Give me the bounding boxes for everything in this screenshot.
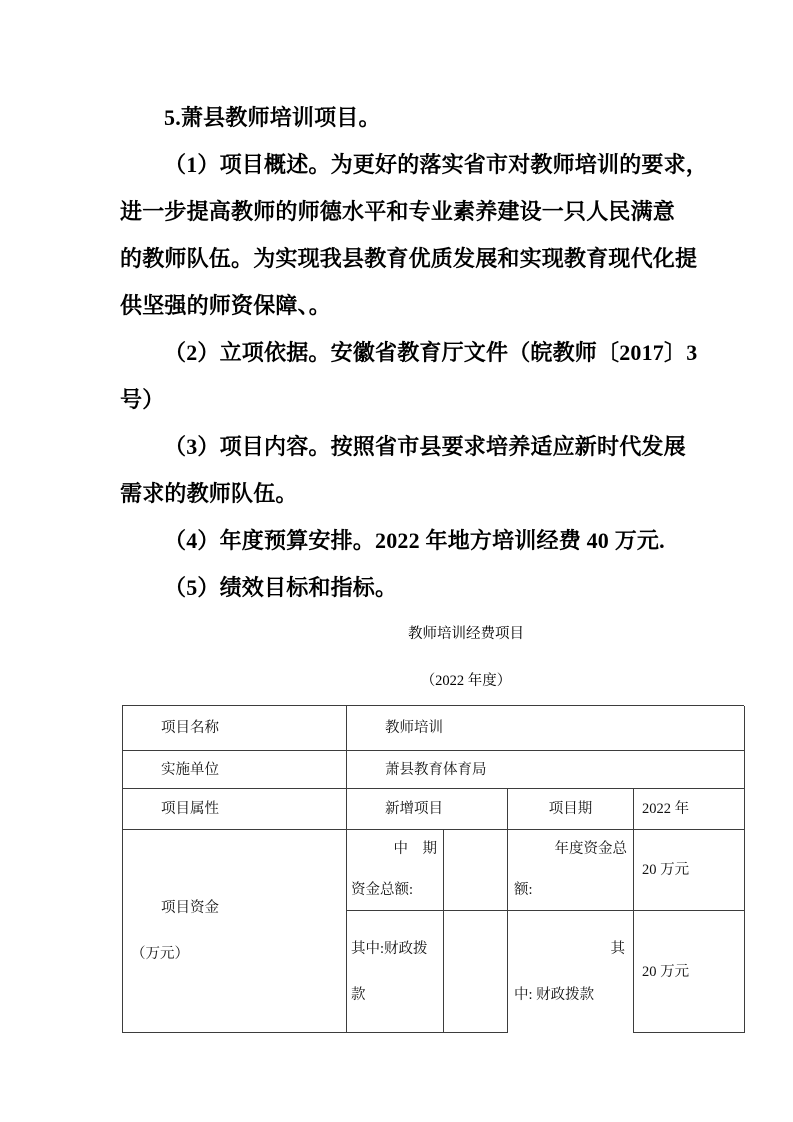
midterm-fiscal-label-line1: 其中:财政拨: [347, 926, 443, 972]
table-caption: 教师培训经费项目 （2022 年度）: [120, 611, 712, 705]
cell-midterm-total-value: [444, 830, 508, 911]
cell-annual-total-value: 20 万元: [634, 830, 745, 911]
paragraph-project-overview: （1）项目概述。为更好的落实省市对教师培训的要求， 进一步提高教师的师德水平和专…: [120, 141, 712, 329]
annual-fiscal-label-line1: 其: [508, 926, 633, 972]
project-funds-label-line1: 项目资金: [123, 885, 346, 931]
project-name-value: 教师培训: [347, 718, 744, 738]
annual-fiscal-label-line2: 中: 财政拨款: [508, 972, 633, 1018]
project-budget-table: 项目名称 教师培训 实施单位 萧县教育体育局 项目属性 新增项目 项目期 202…: [122, 705, 744, 1033]
paragraph-project-basis: （2）立项依据。安徽省教育厅文件（皖教师〔2017〕3 号）: [120, 329, 712, 423]
cell-annual-fiscal-label: 其 中: 财政拨款: [508, 911, 634, 1033]
cell-annual-total-label: 年度资金总 额:: [508, 830, 634, 911]
paragraph-project-content: （3）项目内容。按照省市县要求培养适应新时代发展 需求的教师队伍。: [120, 423, 712, 517]
cell-implementing-unit-value: 萧县教育体育局: [347, 751, 745, 789]
project-period-value: 2022 年: [634, 799, 744, 819]
cell-midterm-fiscal-label: 其中:财政拨 款: [347, 911, 444, 1033]
project-attribute-value: 新增项目: [347, 799, 507, 819]
cell-project-period-label: 项目期: [508, 789, 634, 830]
cell-project-funds-label: 项目资金 （万元）: [123, 830, 347, 1033]
midterm-total-label-line1: 中 期: [347, 830, 443, 870]
annual-total-value: 20 万元: [634, 860, 744, 880]
project-attribute-label: 项目属性: [123, 799, 346, 819]
table-caption-title: 教师培训经费项目: [220, 611, 712, 658]
cell-project-attribute-label: 项目属性: [123, 789, 347, 830]
cell-project-name-value: 教师培训: [347, 706, 745, 751]
annual-total-label-line1: 年度资金总: [508, 830, 633, 870]
project-funds-label-line2: （万元）: [123, 931, 346, 977]
table-caption-subtitle: （2022 年度）: [220, 658, 712, 705]
annual-total-label-line2: 额:: [508, 870, 633, 911]
implementing-unit-label: 实施单位: [123, 760, 346, 780]
cell-midterm-fiscal-value: [444, 911, 508, 1033]
cell-midterm-total-label: 中 期 资金总额:: [347, 830, 444, 911]
paragraph-performance-goals: （5）绩效目标和指标。: [120, 564, 712, 611]
project-period-label: 项目期: [508, 799, 633, 819]
document-page: 5.萧县教师培训项目。 （1）项目概述。为更好的落实省市对教师培训的要求， 进一…: [0, 0, 793, 1122]
implementing-unit-value: 萧县教育体育局: [347, 760, 744, 780]
project-name-label: 项目名称: [123, 718, 346, 738]
section-heading: 5.萧县教师培训项目。: [120, 94, 712, 141]
midterm-fiscal-label-line2: 款: [347, 972, 443, 1018]
cell-project-name-label: 项目名称: [123, 706, 347, 751]
cell-project-period-value: 2022 年: [634, 789, 745, 830]
annual-fiscal-value: 20 万元: [634, 962, 744, 982]
cell-project-attribute-value: 新增项目: [347, 789, 508, 830]
cell-annual-fiscal-value: 20 万元: [634, 911, 745, 1033]
midterm-total-label-line2: 资金总额:: [347, 870, 443, 911]
paragraph-annual-budget: （4）年度预算安排。2022 年地方培训经费 40 万元.: [120, 517, 712, 564]
cell-implementing-unit-label: 实施单位: [123, 751, 347, 789]
